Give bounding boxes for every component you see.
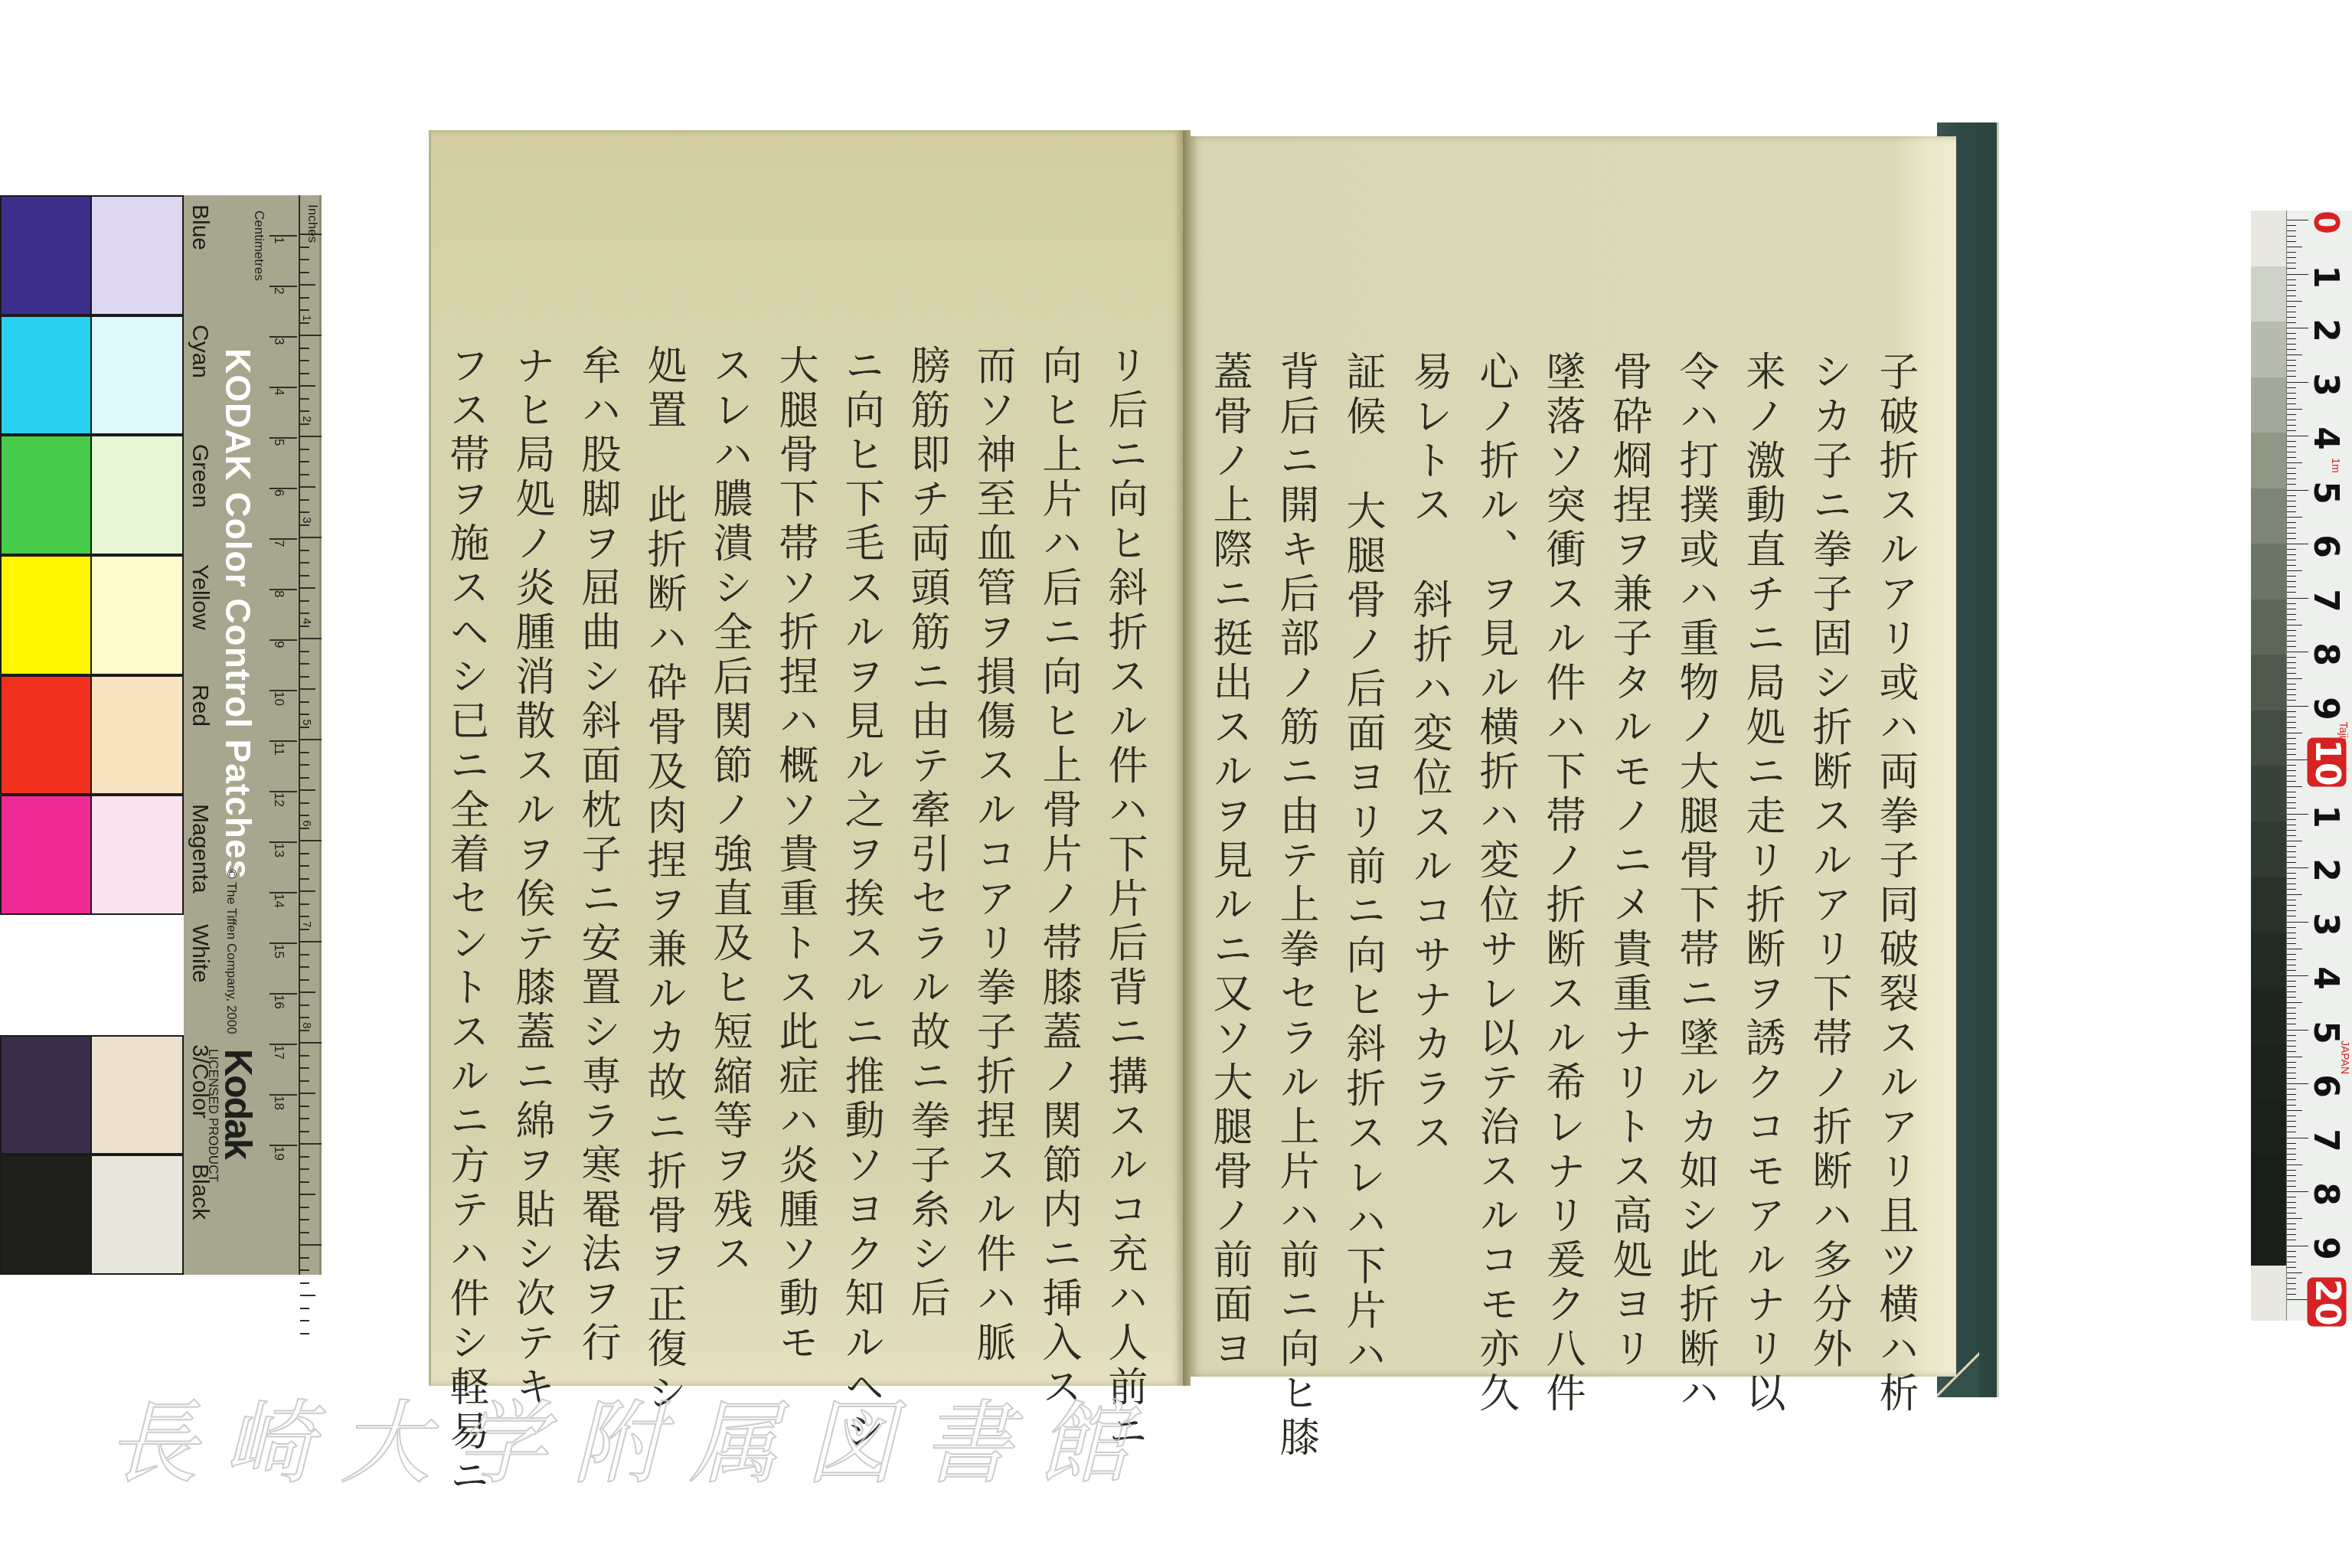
cm-mark: 9 [269, 639, 297, 656]
manuscript-column: 墜落ソ突衝スル件ハ下帯ノ折断スル希レナリ爰ク八件 [1535, 351, 1589, 1416]
ruler-tick [300, 348, 309, 349]
mm-tick [2287, 646, 2296, 647]
mm-tick [2287, 1175, 2296, 1176]
ruler-tick [300, 1131, 309, 1132]
mm-tick [2287, 786, 2302, 787]
patch-label: 3/Color [187, 1044, 213, 1119]
mm-tick [2287, 894, 2302, 895]
patch-saturated [0, 1155, 92, 1275]
mm-tick [2287, 430, 2296, 431]
color-patch-grid [0, 195, 184, 1275]
mm-tick [2287, 991, 2296, 992]
mm-tick [2287, 1207, 2296, 1208]
mm-tick [2287, 1148, 2296, 1149]
gray-step [2251, 1155, 2286, 1210]
ruler-tick [300, 890, 315, 892]
kodak-chart-title: KODAK Color Control Patches [217, 348, 259, 880]
ruler-tick [300, 1055, 309, 1057]
mm-tick [2287, 825, 2296, 825]
mm-tick [2287, 360, 2296, 361]
ruler-tick [300, 486, 315, 488]
tape-number: 10 [2308, 738, 2347, 787]
ruler-tick [300, 789, 315, 791]
patch-pale [92, 675, 184, 795]
mm-tick [2287, 268, 2296, 269]
mm-tick [2287, 1073, 2296, 1073]
manuscript-column: フス帯ヲ施スヘシ已ニ全着セントスルニ方テハ件シ軽易ニ [439, 345, 492, 1499]
mm-tick [2287, 770, 2296, 771]
ruler-tick [300, 941, 322, 942]
ruler-tick [300, 1232, 309, 1233]
mm-tick [2287, 662, 2296, 663]
ruler-tick [300, 1106, 309, 1107]
ruler-tick [300, 1269, 309, 1271]
mm-tick [2287, 959, 2296, 960]
mm-tick [2287, 387, 2296, 388]
mm-tick [2287, 873, 2296, 874]
manuscript-column: 膀筋即チ両頭筋ニ由テ牽引セラル故ニ拳子糸シ后 [900, 345, 953, 1321]
mm-tick [2287, 506, 2296, 507]
mm-tick [2287, 1046, 2296, 1047]
mm-tick [2287, 420, 2296, 420]
mm-tick [2287, 797, 2296, 798]
ruler-tick [300, 929, 309, 930]
inch-mark: 2 [300, 416, 313, 422]
tape-number: 0 [2306, 200, 2345, 246]
ruler-tick [300, 1295, 315, 1296]
tape-number: 8 [2306, 1171, 2345, 1217]
mm-tick [2287, 1018, 2296, 1019]
mm-tick [2287, 538, 2296, 539]
tape-number: 7 [2306, 577, 2345, 623]
ruler-tick [300, 865, 309, 867]
patch-pale [92, 435, 184, 555]
ruler-tick [300, 840, 322, 841]
centimetre-ruler: 12345678910111213141516171819 [269, 195, 297, 1275]
patch-saturated [0, 435, 92, 555]
inch-mark: 4 [300, 618, 313, 624]
mm-tick [2287, 1105, 2296, 1106]
ruler-tick [300, 828, 309, 829]
mm-tick [2287, 306, 2296, 307]
mm-tick [2287, 290, 2296, 291]
mm-tick [2287, 344, 2296, 345]
gray-step [2251, 1099, 2286, 1155]
tape-number: 7 [2306, 1117, 2345, 1163]
mm-tick [2287, 473, 2296, 474]
mm-tick [2287, 1040, 2296, 1041]
tape-number: 4 [2306, 416, 2345, 462]
ruler-tick [300, 335, 322, 336]
tape-number: 5 [2306, 469, 2345, 515]
mm-tick [2287, 1240, 2296, 1240]
ruler-tick [300, 626, 309, 627]
patch-label: Cyan [187, 325, 213, 378]
mm-tick [2287, 851, 2296, 852]
mm-tick [2287, 943, 2296, 944]
mm-tick [2287, 997, 2296, 998]
inch-ruler: 12345678 [299, 195, 323, 1275]
mm-tick [2287, 1283, 2296, 1284]
mm-tick [2287, 668, 2296, 668]
manuscript-column: 大腿骨下帯ソ折捏ハ概ソ貴重トス此症ハ炎腫ソ動モ [768, 345, 822, 1366]
cm-mark: 19 [269, 1145, 297, 1161]
mm-tick [2287, 1008, 2296, 1008]
mm-tick [2287, 1234, 2296, 1235]
mm-tick [2287, 1094, 2296, 1095]
mm-tick [2287, 694, 2296, 695]
manuscript-column: 向ヒ上片ハ后ニ向ヒ上骨片ノ帯膝蓋ノ関節内ニ挿入ス [1031, 345, 1085, 1410]
mm-tick [2287, 1132, 2296, 1132]
mm-tick [2287, 247, 2302, 247]
mm-tick [2287, 441, 2296, 442]
mm-tick [2287, 1143, 2296, 1144]
ruler-tick [300, 878, 309, 880]
ruler-tick [300, 916, 309, 917]
mm-tick [2287, 333, 2296, 334]
ruler-tick [300, 651, 309, 652]
manuscript-column: シカ子ニ拳子固シ折断スルアリ下帯ノ折断ハ多分外 [1802, 351, 1855, 1372]
mm-tick [2287, 1229, 2296, 1230]
tape-number: 2 [2306, 308, 2345, 354]
copyright-notice: © The Tiffen Company, 2000 [224, 869, 239, 1034]
ruler-tick [300, 474, 309, 475]
grayscale-steps [2251, 211, 2286, 1321]
mm-tick [2287, 1067, 2296, 1068]
ruler-tick [300, 1067, 309, 1069]
cm-mark: 13 [269, 841, 297, 858]
mm-tick [2287, 1213, 2296, 1214]
mm-tick [2287, 1278, 2296, 1279]
mm-tick [2287, 560, 2296, 560]
kodak-label-strip: 12345678 12345678910111213141516171819 I… [184, 195, 322, 1275]
ruler-tick [300, 612, 309, 614]
gray-step [2251, 655, 2286, 710]
manuscript-column: 易レトス 斜折ハ変位スルコサナカラス [1402, 351, 1455, 1156]
mm-tick [2287, 338, 2296, 339]
mm-tick [2287, 414, 2296, 415]
mm-tick [2287, 700, 2296, 701]
manuscript-column: スレハ膿潰シ全后関節ノ強直及ヒ短縮等ヲ残ス [702, 345, 756, 1277]
mm-tick [2287, 285, 2296, 286]
mm-tick [2287, 954, 2296, 955]
mm-tick [2287, 819, 2296, 820]
patch-saturated [0, 195, 92, 315]
patch-saturated [0, 915, 92, 1035]
mm-tick [2287, 1299, 2308, 1300]
ruler-tick [300, 764, 309, 766]
mm-tick [2287, 1121, 2296, 1122]
gray-step [2251, 1210, 2286, 1266]
manuscript-column: 牟ハ股脚ヲ屈曲シ斜面枕子ニ安置シ専ラ寒罨法ヲ行 [570, 345, 624, 1366]
mm-tick [2287, 916, 2296, 916]
ruler-tick [300, 1219, 309, 1220]
mm-tick [2287, 376, 2296, 377]
ruler-tick [300, 638, 322, 639]
mm-tick [2287, 1218, 2302, 1219]
mm-tick [2287, 296, 2296, 296]
gray-step [2251, 599, 2286, 655]
mm-tick [2287, 635, 2296, 636]
ruler-tick [300, 1207, 309, 1208]
mm-tick [2287, 673, 2296, 674]
cm-mark: 12 [269, 791, 297, 808]
patch-pale [92, 1035, 184, 1155]
gray-step [2251, 322, 2286, 377]
mm-tick [2287, 365, 2296, 366]
library-watermark: 長崎大学附属図書館 [107, 1370, 1026, 1501]
mm-tick [2287, 641, 2296, 642]
mm-tick [2287, 570, 2302, 571]
mm-tick [2287, 322, 2296, 323]
mm-tick [2287, 981, 2296, 982]
tape-number: 9 [2306, 685, 2345, 731]
patch-label: Magenta [187, 804, 213, 893]
ruler-tick [300, 398, 309, 400]
ruler-tick [300, 1320, 309, 1321]
patch-label: Yellow [187, 564, 213, 630]
ruler-tick [300, 524, 309, 526]
patch-pale [92, 555, 184, 675]
book-gutter [1183, 130, 1191, 1386]
patch-row-3-color [0, 1035, 184, 1155]
ruler-tick [300, 272, 309, 273]
inch-mark: 7 [300, 921, 313, 927]
ruler-tick [300, 727, 309, 728]
ruler-tick [300, 373, 309, 374]
ruler-tick [300, 688, 315, 690]
patch-saturated [0, 1035, 92, 1155]
ruler-tick [300, 385, 315, 387]
mm-tick [2287, 1013, 2296, 1014]
patch-row-green [0, 435, 184, 555]
ruler-tick [300, 537, 322, 538]
patch-saturated [0, 795, 92, 915]
gray-step [2251, 544, 2286, 599]
mm-tick [2287, 576, 2296, 577]
kodak-logo: Kodak [216, 1049, 260, 1158]
tape-number: 2 [2306, 848, 2345, 893]
ruler-tick [300, 1282, 309, 1284]
gray-step [2251, 488, 2286, 544]
mm-tick [2287, 522, 2296, 523]
mm-tick [2287, 586, 2296, 587]
mm-tick [2287, 393, 2296, 394]
mm-tick [2287, 862, 2296, 863]
mm-tick [2287, 554, 2296, 555]
cm-mark: 15 [269, 942, 297, 959]
mm-tick [2287, 517, 2302, 518]
mm-tick [2287, 592, 2296, 593]
mm-tick [2287, 1170, 2296, 1171]
mm-tick [2287, 1165, 2302, 1165]
tape-number: 3 [2306, 901, 2345, 947]
mm-tick [2287, 830, 2296, 831]
ruler-tick [300, 991, 315, 993]
patch-label: Red [187, 684, 213, 727]
ruler-tick [300, 979, 309, 981]
mm-tick [2287, 565, 2296, 566]
mm-tick [2287, 301, 2302, 302]
ruler-tick [300, 410, 309, 412]
inch-mark: 5 [300, 719, 313, 725]
tape-number: 3 [2306, 361, 2345, 407]
mm-tick [2287, 1062, 2296, 1063]
mm-tick [2287, 1289, 2296, 1289]
mm-tick [2287, 792, 2296, 792]
ruler-tick [300, 1156, 309, 1158]
ruler-tick [300, 511, 309, 513]
cm-mark: 5 [269, 437, 297, 454]
manuscript-column: 証候 大腿骨ノ后面ヨリ前ニ向ヒ斜折スレハ下片ハ [1335, 351, 1389, 1378]
manuscript-column: 背后ニ開キ后部ノ筋ニ由テ上拳セラル上片ハ前ニ向ヒ膝 [1269, 351, 1322, 1461]
tape-number: 20 [2308, 1278, 2347, 1327]
cm-mark: 7 [269, 538, 297, 555]
manuscript-column: 蓋骨ノ上際ニ挺出スルヲ見ルニ又ソ大腿骨ノ前面ヨ [1202, 351, 1256, 1372]
mm-tick [2287, 1110, 2302, 1111]
ruler-tick [300, 575, 309, 577]
patch-saturated [0, 315, 92, 436]
tape-number: 1 [2306, 793, 2345, 839]
mm-tick [2287, 257, 2296, 258]
mm-tick [2287, 263, 2296, 263]
cm-mark: 8 [269, 589, 297, 606]
mm-tick [2287, 1099, 2296, 1100]
mm-tick [2287, 1159, 2296, 1160]
mm-tick [2287, 1294, 2296, 1295]
ruler-tick [300, 752, 309, 753]
mm-tick [2287, 230, 2296, 231]
ruler-tick [300, 309, 309, 311]
mm-tick [2287, 279, 2296, 280]
gray-step [2251, 211, 2286, 266]
tape-number: 4 [2306, 955, 2345, 1001]
cm-mark: 3 [269, 336, 297, 353]
mm-tick [2287, 711, 2296, 712]
inch-mark: 6 [300, 820, 313, 826]
mm-tick [2287, 965, 2296, 965]
ruler-tick [300, 587, 315, 589]
cm-mark: 17 [269, 1044, 297, 1060]
mm-tick [2287, 1262, 2296, 1263]
mm-tick [2287, 1035, 2296, 1036]
mm-tick [2287, 684, 2296, 684]
mm-tick [2287, 1223, 2296, 1224]
ruler-tick [300, 562, 309, 563]
mm-tick [2287, 403, 2296, 404]
measuring-tape: 1m Tajima JAPAN 01234567891012345678920 [2286, 211, 2352, 1321]
ruler-tick [300, 322, 309, 324]
mm-tick [2287, 1116, 2296, 1116]
ruler-tick [300, 550, 309, 551]
gray-step [2251, 433, 2286, 488]
ruler-tick [300, 663, 309, 665]
mm-tick [2287, 689, 2296, 690]
mm-tick [2287, 603, 2296, 604]
tape-number: 5 [2306, 1009, 2345, 1055]
manuscript-column: ナヒ局処ノ炎腫消散スルヲ俟テ膝蓋ニ綿ヲ貼シ次テキ [505, 345, 558, 1410]
mm-tick [2287, 1154, 2296, 1155]
mm-tick [2287, 468, 2296, 469]
mm-tick [2287, 927, 2296, 928]
mm-tick [2287, 738, 2296, 739]
ruler-tick [300, 1004, 309, 1006]
mm-tick [2287, 1057, 2302, 1057]
mm-tick [2287, 857, 2296, 857]
mm-tick [2287, 765, 2296, 766]
cm-mark: 14 [269, 892, 297, 909]
manuscript-column: 来ノ激動直チニ局処ニ走リ折断ヲ誘クコモアルナリ以 [1735, 351, 1788, 1416]
mm-tick [2287, 743, 2296, 744]
patch-row-yellow [0, 555, 184, 675]
ruler-tick [300, 297, 309, 299]
cm-mark: 1 [269, 235, 297, 252]
mm-tick [2287, 970, 2296, 971]
patch-row-black [0, 1155, 184, 1275]
ruler-tick [300, 499, 309, 501]
gray-step [2251, 988, 2286, 1044]
mm-tick [2287, 905, 2296, 906]
manuscript-column: 子破折スルアリ或ハ両拳子同破裂スルアリ且ツ横ハ析 [1868, 351, 1922, 1416]
patch-row-cyan [0, 315, 184, 436]
mm-tick [2287, 733, 2302, 733]
ruler-tick [300, 903, 309, 905]
mm-tick [2287, 657, 2296, 658]
manuscript-column: リ后ニ向ヒ斜折スル件ハ下片后背ニ搆スルコ充ハ人前ニ [1097, 345, 1151, 1455]
mm-tick [2287, 802, 2296, 803]
mm-tick [2287, 317, 2296, 318]
patch-row-blue [0, 195, 184, 315]
mm-tick [2287, 511, 2296, 512]
mm-tick [2287, 1267, 2296, 1268]
inch-mark: 8 [300, 1022, 313, 1028]
cm-mark: 10 [269, 690, 297, 707]
cm-mark: 6 [269, 488, 297, 505]
ruler-tick [300, 954, 309, 955]
patch-pale [92, 1155, 184, 1275]
patch-saturated [0, 555, 92, 675]
ruler-tick [300, 1168, 309, 1170]
mm-tick [2287, 236, 2296, 237]
ruler-tick [300, 436, 322, 437]
mm-tick [2287, 1181, 2296, 1181]
gray-step [2251, 933, 2286, 988]
mm-tick [2287, 1202, 2296, 1203]
mm-tick [2287, 835, 2296, 836]
kodak-color-control-patches: 12345678 12345678910111213141516171819 I… [0, 195, 325, 1275]
patch-label: Black [187, 1164, 213, 1220]
gray-step [2251, 1266, 2286, 1321]
mm-tick [2287, 312, 2296, 312]
manuscript-column: 心ノ折ル、ヲ見ル横折ハ変位サレ以テ治スルコモ亦久 [1468, 351, 1522, 1416]
tape-number: 1 [2306, 253, 2345, 299]
mm-tick [2287, 776, 2296, 776]
cm-mark: 2 [269, 286, 297, 302]
mm-tick [2287, 349, 2296, 350]
gray-step [2251, 377, 2286, 433]
mm-tick [2287, 781, 2296, 782]
mm-tick [2287, 462, 2302, 463]
tape-number: 8 [2306, 632, 2345, 678]
mm-tick [2287, 528, 2296, 528]
ruler-tick [300, 1093, 315, 1094]
mm-tick [2287, 1272, 2302, 1273]
patch-label: Green [187, 444, 213, 508]
mm-tick [2287, 717, 2296, 717]
gray-step [2251, 877, 2286, 933]
mm-tick [2287, 225, 2296, 226]
ruler-tick [300, 739, 322, 740]
